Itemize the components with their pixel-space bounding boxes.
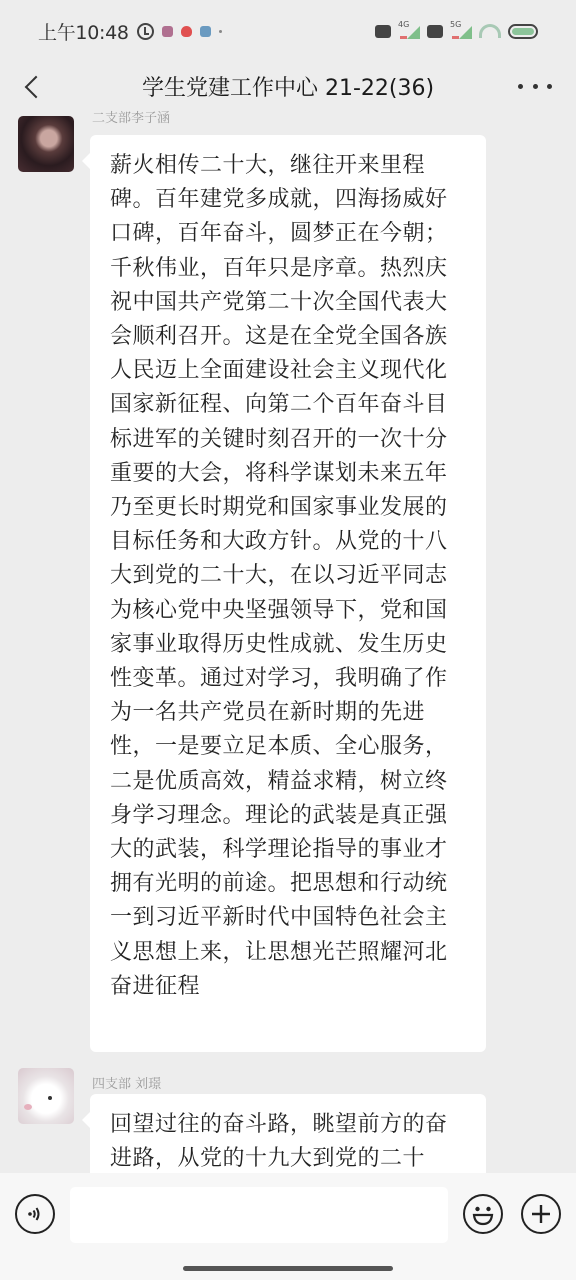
alarm-icon xyxy=(137,23,154,40)
message-list[interactable]: 二支部李子涵 薪火相传二十大，继往开来里程碑。百年建党多成就，四海扬威好口碑，百… xyxy=(0,110,576,1173)
status-left: 上午10:48 xyxy=(38,18,222,45)
message-input[interactable] xyxy=(70,1187,448,1243)
app-notification-icon xyxy=(162,26,173,37)
more-options-button[interactable] xyxy=(518,72,552,100)
chat-title: 学生党建工作中心 21-22(36) xyxy=(142,71,434,102)
status-right: 4G 5G xyxy=(375,23,538,39)
avatar[interactable] xyxy=(18,1068,74,1124)
more-notifications-dot-icon xyxy=(219,30,222,33)
input-bar xyxy=(0,1173,576,1280)
emoji-icon xyxy=(465,1196,501,1232)
sender-name: 四支部 刘璟 xyxy=(92,1073,161,1092)
message-bubble[interactable]: 薪火相传二十大，继往开来里程碑。百年建党多成就，四海扬威好口碑，百年奋斗，圆梦正… xyxy=(90,135,486,1052)
voice-button[interactable] xyxy=(15,1194,55,1234)
back-button[interactable] xyxy=(18,68,54,104)
message-bubble[interactable]: 回望过往的奋斗路，眺望前方的奋进路，从党的十九大到党的二十 xyxy=(90,1094,486,1173)
status-bar: 上午10:48 4G 5G xyxy=(0,0,576,62)
voice-icon xyxy=(25,1204,45,1224)
plus-icon xyxy=(523,1196,559,1232)
signal-5g-icon: 5G xyxy=(450,23,472,39)
sender-name: 二支部李子涵 xyxy=(92,110,170,126)
hd-icon xyxy=(375,25,391,38)
wifi-icon xyxy=(479,24,501,38)
more-functions-button[interactable] xyxy=(521,1194,561,1234)
app-notification-icon xyxy=(200,26,211,37)
avatar[interactable] xyxy=(18,116,74,172)
home-indicator[interactable] xyxy=(183,1266,393,1271)
signal-4g-icon: 4G xyxy=(398,23,420,39)
heart-notification-icon xyxy=(181,26,192,37)
hd-icon xyxy=(427,25,443,38)
status-time: 上午10:48 xyxy=(38,18,129,45)
chat-header: 学生党建工作中心 21-22(36) xyxy=(0,62,576,110)
more-dots-icon xyxy=(518,84,523,89)
emoji-button[interactable] xyxy=(463,1194,503,1234)
battery-icon xyxy=(508,24,538,39)
